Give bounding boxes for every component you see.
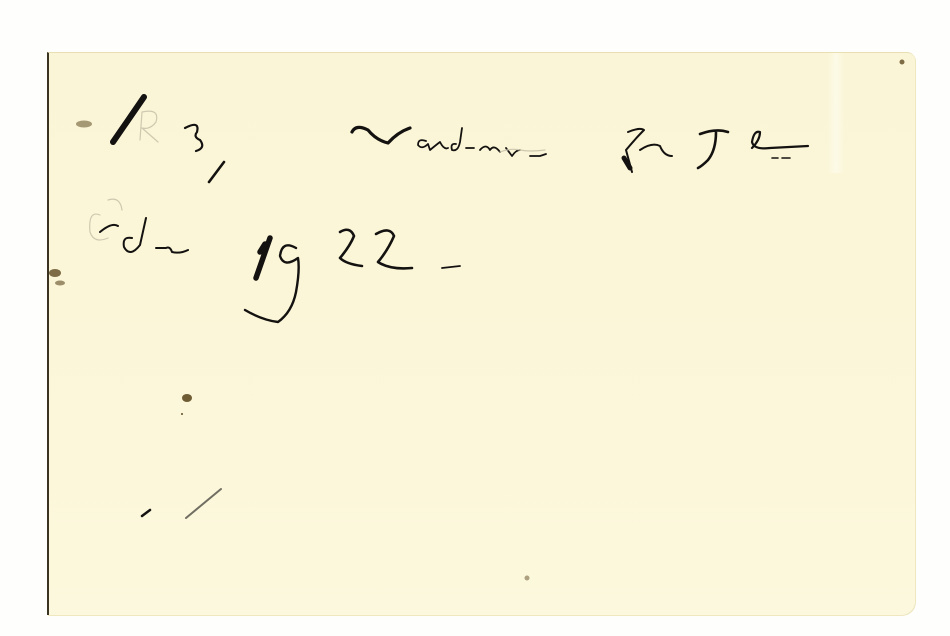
- scanned-document: 1 3, Wadsworth J. le Oct 1922 -: [0, 0, 950, 636]
- paper-card: [47, 52, 915, 615]
